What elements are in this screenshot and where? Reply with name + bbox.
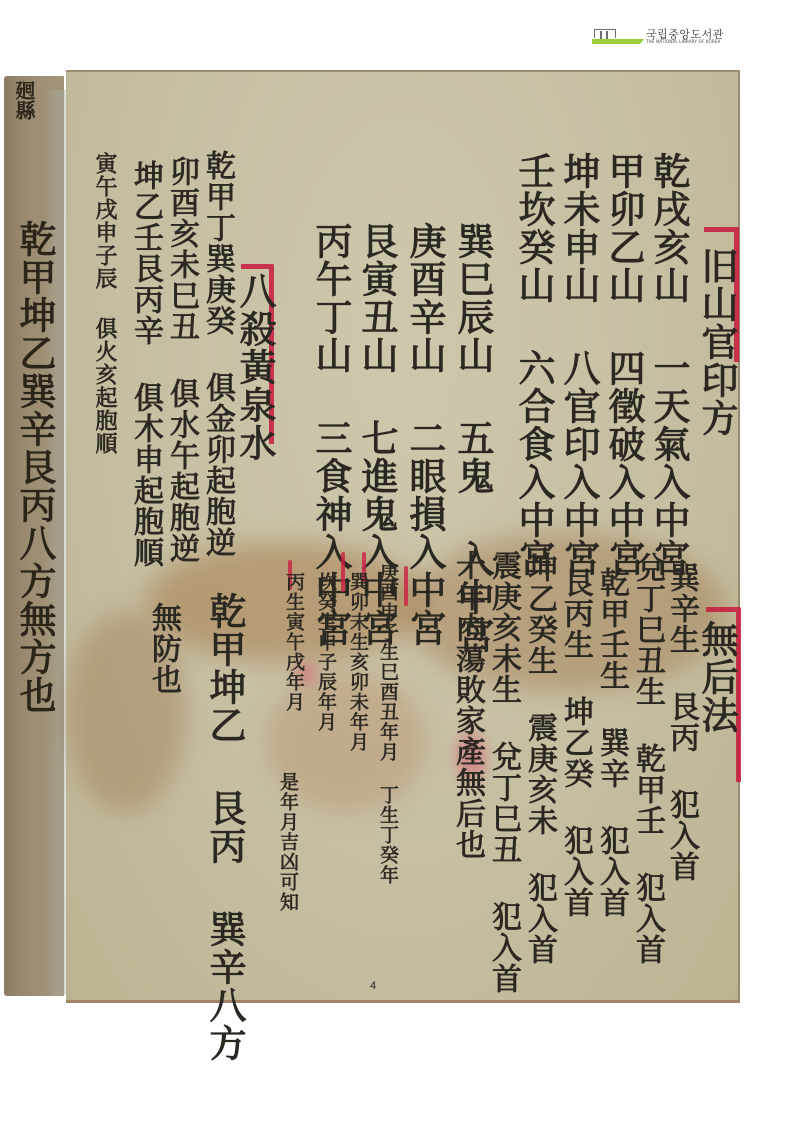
spine-top-label: 𢌞縣: [10, 80, 39, 120]
date-column: 是年月吉凶可知: [278, 772, 297, 912]
upper-heading: 旧山官印方: [698, 247, 735, 437]
lower-column: 巽辛生 艮丙 犯入首: [666, 562, 696, 882]
page-number: 4: [370, 980, 376, 992]
lower-column: 十年内蕩敗家產無后也: [452, 550, 482, 860]
lower-column: 兌丁巳丑生 乾甲壬 犯入首: [632, 552, 662, 965]
upper-column: 庚酉辛山 二眼損入中宮: [406, 222, 443, 647]
closing-column: 無防也: [148, 602, 178, 695]
date-column: 庚酉申子生巳酉丑年月 丁生丁癸年: [378, 562, 397, 885]
upper-column: 坤未申山 八官印入中宮: [560, 152, 597, 577]
library-logo-icon: [592, 29, 642, 43]
library-watermark: 국립중앙도서관 The National Library of Korea: [592, 26, 732, 48]
lower-column: 艮丙生 坤乙癸 犯入首: [560, 567, 590, 918]
library-name-english: The National Library of Korea: [646, 39, 721, 44]
upper-column: 甲卯乙山 四徵破入中宮: [605, 152, 642, 577]
date-column: 坎癸生申子辰年月: [316, 572, 335, 732]
red-tick-mark: [404, 566, 408, 606]
upper-column: 乾戌亥山 一天氣入中宮: [650, 152, 687, 577]
scanned-page: 𢌞縣 乾甲坤乙巽辛艮丙八方無方也 旧山官印方 乾戌亥山 一天氣入中宮 甲卯乙山 …: [4, 70, 738, 998]
lower-column: 坤乙癸生 震庚亥未 犯入首: [524, 552, 554, 965]
closing-column: 乾甲坤乙 艮丙 巽辛八方: [206, 592, 243, 1062]
upper-column: 壬坎癸山 六合食入中宮: [515, 152, 552, 577]
upper-subcolumn: 乾甲丁巽庚癸 俱金卯起胞逆: [202, 150, 232, 558]
lower-column: 乾甲壬生 巽辛 犯入首: [596, 567, 626, 918]
lower-column: 震庚亥未生 兌丁巳丑 犯入首: [488, 550, 518, 994]
upper-subcolumn: 寅午戌申子辰 俱火亥起胞順: [94, 152, 116, 455]
paper-sheet: 旧山官印方 乾戌亥山 一天氣入中宮 甲卯乙山 四徵破入中宮 坤未申山 八官印入中…: [66, 70, 740, 1003]
lower-heading: 無后法: [698, 620, 735, 734]
date-column: 丙生寅午戌年月: [284, 572, 303, 712]
red-tick-mark: [341, 552, 345, 592]
date-column: 巽卯未生亥卯未年月: [348, 572, 367, 752]
spine-column: 乾甲坤乙巽辛艮丙八方無方也: [16, 220, 53, 714]
upper-subcolumn: 卯酉亥未巳丑 俱水午起胞逆: [166, 156, 196, 564]
upper-subheading: 八殺黃泉水: [236, 272, 273, 462]
upper-subcolumn: 坤乙壬艮丙辛 俱木申起胞順: [130, 160, 160, 568]
